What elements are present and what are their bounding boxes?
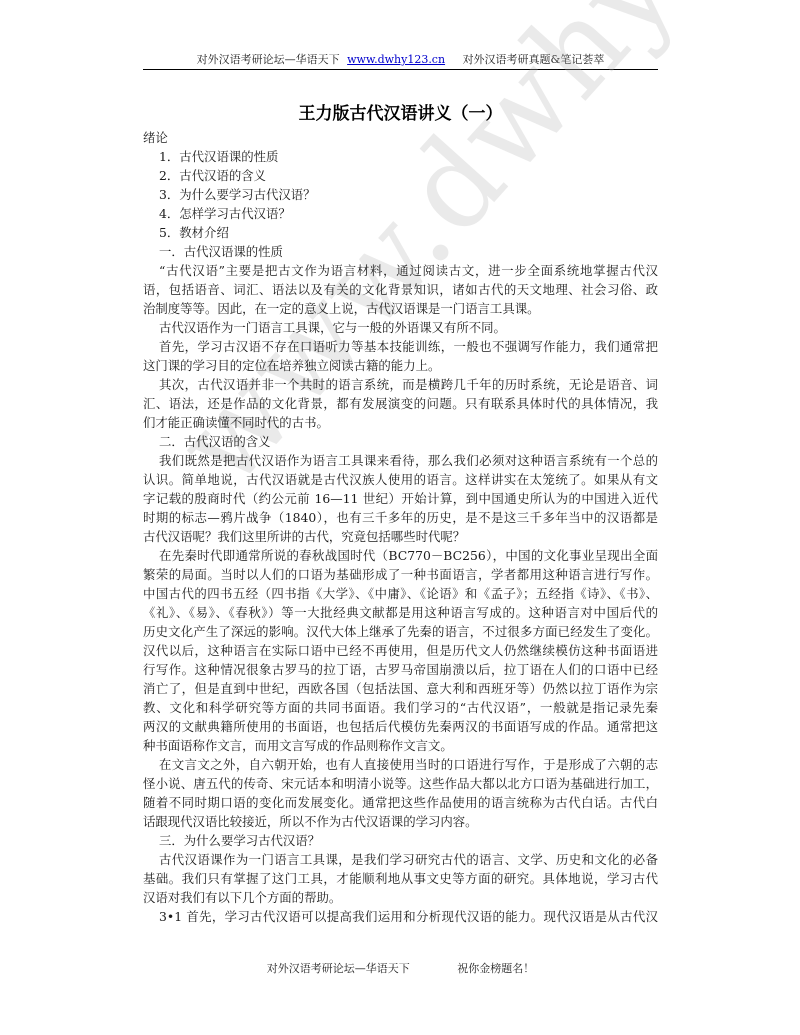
text-line: 古代汉语作为一门语言工具课，它与一般的外语课又有所不同。 [143, 318, 658, 337]
text-line: 二．古代汉语的含义 [143, 432, 658, 451]
footer-forum-name: 对外汉语考研论坛—华语天下 [267, 962, 410, 975]
header-forum-name: 对外汉语考研论坛—华语天下 [197, 53, 340, 66]
text-line: 汉代以后，这种语言在实际口语中已经不再使用，但是历代文人仍然继续模仿这种书面语进 [143, 641, 658, 660]
text-line: 治制度等等。因此，在一定的意义上说，古代汉语课是一门语言工具课。 [143, 299, 658, 318]
text-line: 3•1 首先，学习古代汉语可以提高我们运用和分析现代汉语的能力。现代汉语是从古代… [143, 907, 658, 926]
text-line: 随着不同时期口语的变化而发展变化。通常把这些作品使用的语言统称为古代白话。古代白 [143, 793, 658, 812]
text-line: 三．为什么要学习古代汉语？ [143, 831, 658, 850]
text-line: 4．怎样学习古代汉语？ [143, 204, 658, 223]
text-line: 我们既然是把古代汉语作为语言工具课来看待，那么我们必须对这种语言系统有一个总的 [143, 451, 658, 470]
page-footer: 对外汉语考研论坛—华语天下 祝你金榜题名！ [143, 960, 658, 976]
text-line: 汉语对我们有以下几个方面的帮助。 [143, 888, 658, 907]
document-body: 绪论1．古代汉语课的性质2．古代汉语的含义3．为什么要学习古代汉语？4．怎样学习… [143, 128, 658, 926]
text-line: 这门课的学习目的定位在培养独立阅读古籍的能力上。 [143, 356, 658, 375]
page-header: 对外汉语考研论坛—华语天下 www.dwhy123.cn 对外汉语考研真题&笔记… [143, 51, 658, 67]
text-line: 怪小说、唐五代的传奇、宋元话本和明清小说等。这些作品大都以北方口语为基础进行加工… [143, 774, 658, 793]
text-line: 3．为什么要学习古代汉语？ [143, 185, 658, 204]
text-line: 认识。简单地说，古代汉语就是古代汉族人使用的语言。这样讲实在太笼统了。如果从有文 [143, 470, 658, 489]
text-line: 教、文化和科学研究等方面的共同书面语。我们学习的“古代汉语”，一般就是指记录先秦 [143, 698, 658, 717]
text-line: 其次，古代汉语并非一个共时的语言系统，而是横跨几千年的历时系统，无论是语音、词 [143, 375, 658, 394]
header-divider [143, 69, 658, 70]
text-line: 1．古代汉语课的性质 [143, 147, 658, 166]
text-line: 在先秦时代即通常所说的春秋战国时代（BC770－BC256），中国的文化事业呈现… [143, 546, 658, 565]
text-line: 时期的标志—鸦片战争（1840），也有三千多年的历史，是不是这三千多年当中的汉语… [143, 508, 658, 527]
text-line: 首先，学习古汉语不存在口语听力等基本技能训练，一般也不强调写作能力，我们通常把 [143, 337, 658, 356]
text-line: 两汉的文献典籍所使用的书面语，也包括后代模仿先秦两汉的书面语写成的作品。通常把这 [143, 717, 658, 736]
text-line: 话跟现代汉语比较接近，所以不作为古代汉语课的学习内容。 [143, 812, 658, 831]
text-line: 5．教材介绍 [143, 223, 658, 242]
text-line: 历史文化产生了深远的影响。汉代大体上继承了先秦的语言，不过很多方面已经发生了变化… [143, 622, 658, 641]
text-line: 种书面语称作文言，而用文言写成的作品则称作文言文。 [143, 736, 658, 755]
text-line: 古代汉语呢？我们这里所讲的古代，究竟包括哪些时代呢？ [143, 527, 658, 546]
text-line: 消亡了，但是直到中世纪，西欧各国（包括法国、意大利和西班牙等）仍然以拉丁语作为宗 [143, 679, 658, 698]
text-line: 在文言文之外，自六朝开始，也有人直接使用当时的口语进行写作，于是形成了六朝的志 [143, 755, 658, 774]
header-tagline: 对外汉语考研真题&笔记荟萃 [463, 53, 605, 66]
text-line: 行写作。这种情况很象古罗马的拉丁语，古罗马帝国崩溃以后，拉丁语在人们的口语中已经 [143, 660, 658, 679]
header-site-link[interactable]: www.dwhy123.cn [347, 53, 445, 66]
footer-wish: 祝你金榜题名！ [457, 962, 534, 975]
text-line: 汇、语法，还是作品的文化背景，都有发展演变的问题。只有联系具体时代的具体情况，我 [143, 394, 658, 413]
text-line: 绪论 [143, 128, 658, 147]
text-line: 字记载的殷商时代（约公元前 16—11 世纪）开始计算，到中国通史所认为的中国进… [143, 489, 658, 508]
text-line: 们才能正确读懂不同时代的古书。 [143, 413, 658, 432]
text-line: 繁荣的局面。当时以人们的口语为基础形成了一种书面语言，学者都用这种语言进行写作。 [143, 565, 658, 584]
text-line: 语，包括语音、词汇、语法以及有关的文化背景知识，诸如古代的天文地理、社会习俗、政 [143, 280, 658, 299]
text-line: “古代汉语”主要是把古文作为语言材料，通过阅读古文，进一步全面系统地掌握古代汉 [143, 261, 658, 280]
text-line: 基础。我们只有掌握了这门工具，才能顺利地从事文史等方面的研究。具体地说，学习古代 [143, 869, 658, 888]
text-line: 一．古代汉语课的性质 [143, 242, 658, 261]
text-line: 2．古代汉语的含义 [143, 166, 658, 185]
text-line: 《礼》、《易》、《春秋》）等一大批经典文献都是用这种语言写成的。这种语言对中国后… [143, 603, 658, 622]
text-line: 中国古代的四书五经（四书指《大学》、《中庸》、《论语》和《孟子》；五经指《诗》、… [143, 584, 658, 603]
document-title: 王力版古代汉语讲义（一） [143, 99, 658, 124]
text-line: 古代汉语课作为一门语言工具课，是我们学习研究古代的语言、文学、历史和文化的必备 [143, 850, 658, 869]
